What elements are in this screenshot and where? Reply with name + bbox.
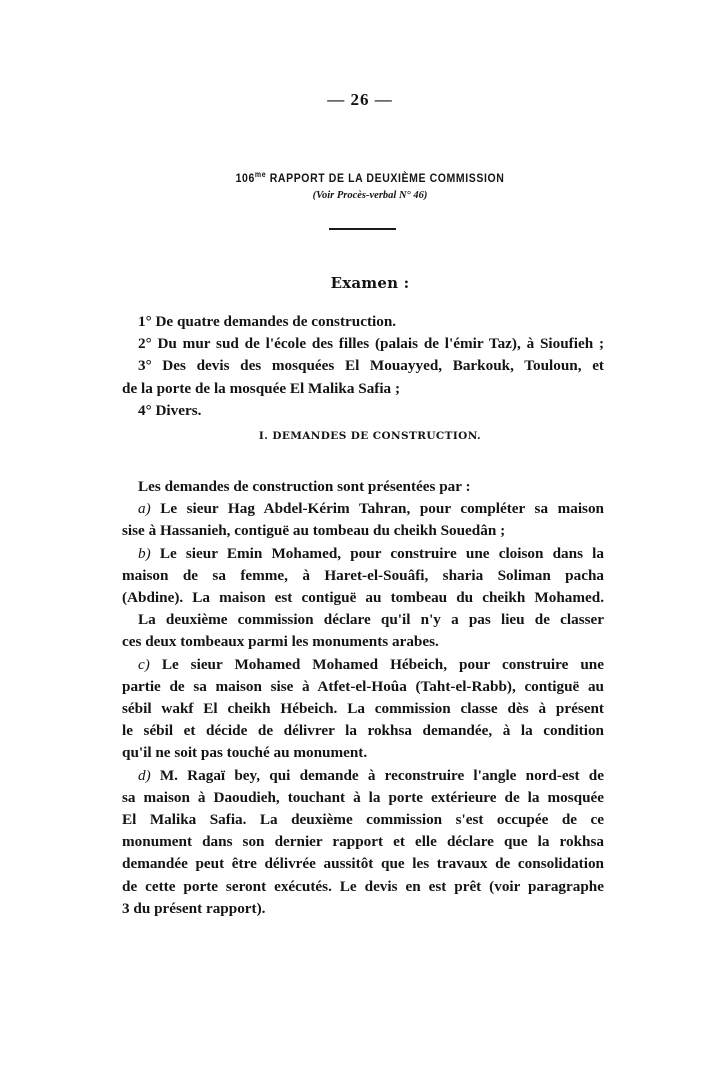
agenda-item-4: 4° Divers.	[122, 400, 604, 422]
body-text: Les demandes de construction sont présen…	[122, 476, 604, 920]
paragraph-d-line-1: d) M. Ragaï bey, qui demande à reconstru…	[122, 765, 604, 787]
agenda-item-3-continued: de la porte de la mosquée El Malika Safi…	[122, 378, 604, 400]
paragraph-c-text: Le sieur Mohamed Mohamed Hébeich, pour c…	[150, 656, 604, 673]
paragraph-d-line-7: 3 du présent rapport).	[122, 898, 604, 920]
report-subtitle: (Voir Procès-verbal N° 46)	[0, 190, 720, 201]
section-title: I. DEMANDES DE CONSTRUCTION.	[0, 430, 720, 442]
paragraph-c-label: c)	[138, 656, 150, 673]
paragraph-c-line-2: partie de sa maison sise à Atfet-el-Hoûa…	[122, 676, 604, 698]
decision-line-2: ces deux tombeaux parmi les monuments ar…	[122, 631, 604, 653]
report-title-number: 106	[236, 172, 255, 186]
paragraph-b-line-1: b) Le sieur Emin Mohamed, pour construir…	[122, 543, 604, 565]
paragraph-d-text: M. Ragaï bey, qui demande à reconstruire…	[151, 767, 604, 784]
report-title-text: RAPPORT DE LA DEUXIÈME COMMISSION	[266, 172, 504, 186]
paragraph-b-line-2: maison de sa femme, à Haret-el-Souâfi, s…	[122, 565, 604, 587]
paragraph-d-line-5: demandée peut être délivrée aussitôt que…	[122, 853, 604, 875]
paragraph-b-text: Le sieur Emin Mohamed, pour construire u…	[151, 545, 604, 562]
paragraph-c-line-3: sébil wakf El cheikh Hébeich. La commiss…	[122, 698, 604, 720]
intro-line: Les demandes de construction sont présen…	[122, 476, 604, 498]
decision-line-1: La deuxième commission déclare qu'il n'y…	[122, 609, 604, 631]
paragraph-a-line-2: sise à Hassanieh, contiguë au tombeau du…	[122, 520, 604, 542]
paragraph-c-line-1: c) Le sieur Mohamed Mohamed Hébeich, pou…	[122, 654, 604, 676]
paragraph-d-label: d)	[138, 767, 151, 784]
agenda-list: 1° De quatre demandes de construction. 2…	[122, 311, 604, 422]
paragraph-a-label: a)	[138, 500, 151, 517]
paragraph-b-line-3: (Abdine). La maison est contiguë au tomb…	[122, 587, 604, 609]
title-divider	[329, 228, 396, 230]
page-number: — 26 —	[0, 90, 720, 110]
paragraph-d-line-3: El Malika Safia. La deuxième commission …	[122, 809, 604, 831]
paragraph-c-line-5: qu'il ne soit pas touché au monument.	[122, 742, 604, 764]
paragraph-d-line-2: sa maison à Daoudieh, touchant à la port…	[122, 787, 604, 809]
report-title: 106me RAPPORT DE LA DEUXIÈME COMMISSION	[0, 171, 720, 185]
paragraph-b-label: b)	[138, 545, 151, 562]
agenda-item-2: 2° Du mur sud de l'école des filles (pal…	[122, 333, 604, 355]
report-title-ordinal: me	[255, 171, 266, 179]
paragraph-c-line-4: le sébil et décide de délivrer la rokhsa…	[122, 720, 604, 742]
paragraph-d-line-6: de cette porte seront exécutés. Le devis…	[122, 876, 604, 898]
paragraph-a-text: Le sieur Hag Abdel-Kérim Tahran, pour co…	[151, 500, 604, 517]
paragraph-d-line-4: monument dans son dernier rapport et ell…	[122, 831, 604, 853]
paragraph-a-line-1: a) Le sieur Hag Abdel-Kérim Tahran, pour…	[122, 498, 604, 520]
agenda-item-3: 3° Des devis des mosquées El Mouayyed, B…	[122, 355, 604, 377]
agenda-item-1: 1° De quatre demandes de construction.	[122, 311, 604, 333]
examen-heading: Examen :	[0, 274, 720, 292]
